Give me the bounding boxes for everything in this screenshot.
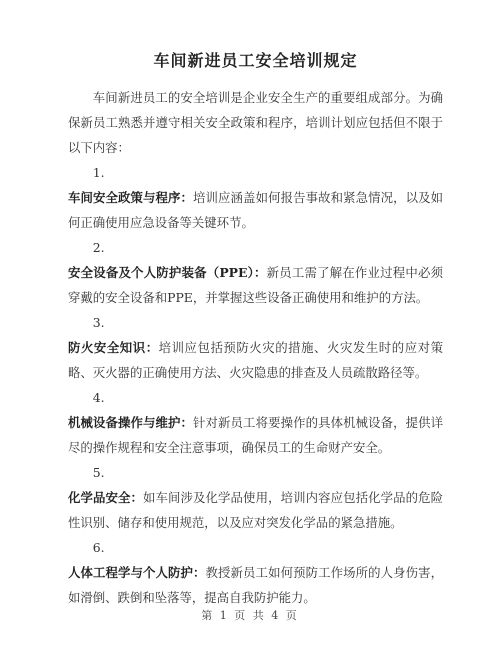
item-number: 6. <box>68 535 443 560</box>
page-title: 车间新进员工安全培训规定 <box>68 48 443 71</box>
list-item: 机械设备操作与维护：针对新员工将要操作的具体机械设备，提供详尽的操作规程和安全注… <box>68 410 443 460</box>
item-heading: 防火安全知识： <box>68 340 159 355</box>
list-item: 安全设备及个人防护装备（PPE）：新员工需了解在作业过程中必须穿戴的安全设备和P… <box>68 260 443 310</box>
list-item: 车间安全政策与程序：培训应涵盖如何报告事故和紧急情况，以及如何正确使用应急设备等… <box>68 185 443 235</box>
item-number: 2. <box>68 235 443 260</box>
item-heading: 安全设备及个人防护装备（PPE）： <box>68 265 267 280</box>
document-page: 车间新进员工安全培训规定 车间新进员工的安全培训是企业安全生产的重要组成部分。为… <box>0 0 500 647</box>
item-number: 5. <box>68 460 443 485</box>
item-number: 4. <box>68 385 443 410</box>
list-item: 人体工程学与个人防护：教授新员工如何预防工作场所的人身伤害，如滑倒、跌倒和坠落等… <box>68 560 443 610</box>
item-heading: 机械设备操作与维护： <box>68 415 193 430</box>
page-footer: 第 1 页 共 4 页 <box>0 607 500 623</box>
item-heading: 车间安全政策与程序： <box>68 190 193 205</box>
item-number: 3. <box>68 310 443 335</box>
item-heading: 人体工程学与个人防护： <box>68 565 206 580</box>
item-heading: 化学品安全： <box>68 490 143 505</box>
list-item: 防火安全知识：培训应包括预防火灾的措施、火灾发生时的应对策略、灭火器的正确使用方… <box>68 335 443 385</box>
intro-paragraph: 车间新进员工的安全培训是企业安全生产的重要组成部分。为确保新员工熟悉并遵守相关安… <box>68 85 443 160</box>
document-body: 车间新进员工的安全培训是企业安全生产的重要组成部分。为确保新员工熟悉并遵守相关安… <box>68 85 443 610</box>
list-item: 化学品安全：如车间涉及化学品使用，培训内容应包括化学品的危险性识别、储存和使用规… <box>68 485 443 535</box>
item-number: 1. <box>68 160 443 185</box>
